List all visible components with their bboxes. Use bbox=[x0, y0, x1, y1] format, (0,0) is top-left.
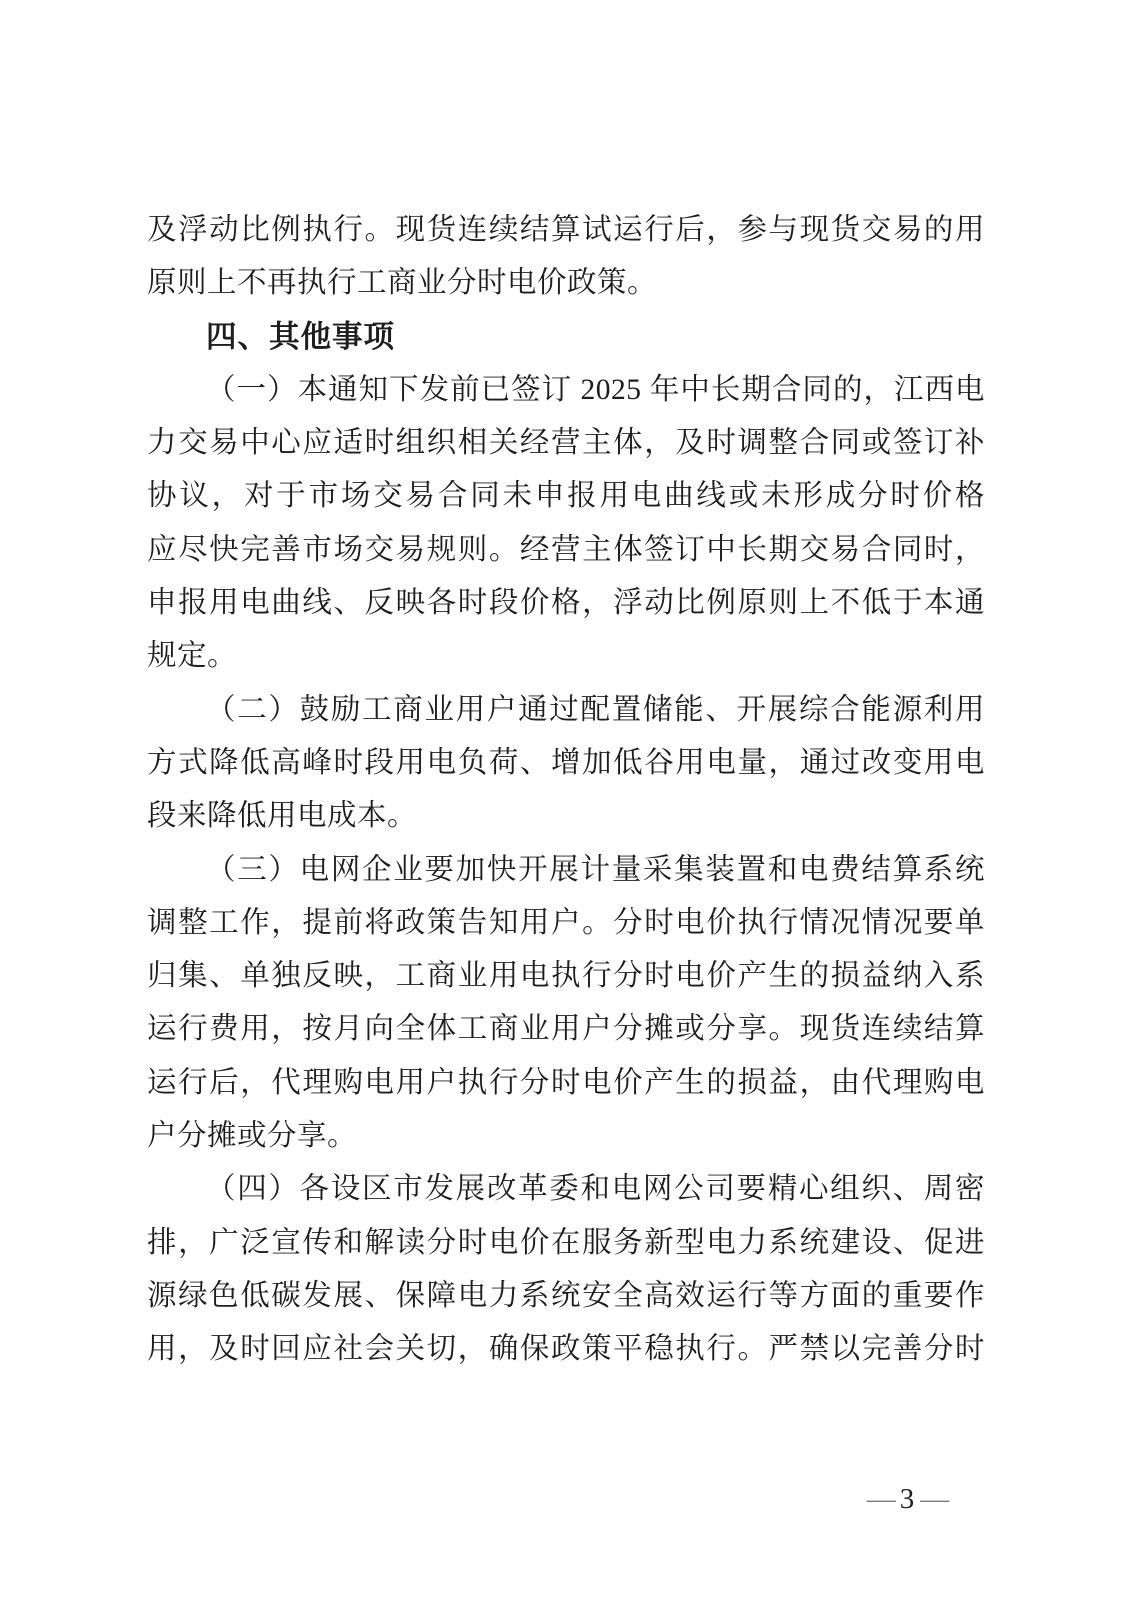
section-heading: 四、其他事项 bbox=[147, 311, 985, 364]
document-page: 及浮动比例执行。现货连续结算试运行后，参与现货交易的用户原则上不再执行工商业分时… bbox=[0, 0, 1131, 1600]
page-number-dash-left: — bbox=[861, 1483, 900, 1515]
text-line: 调整工作，提前将政策告知用户。分时电价执行情况情况要单独 bbox=[147, 897, 985, 950]
text-line: （一）本通知下发前已签订 2025 年中长期合同的，江西电 bbox=[147, 364, 985, 417]
page-number: —3— bbox=[842, 1483, 972, 1516]
text-line: 运行后，代理购电用户执行分时电价产生的损益，由代理购电用 bbox=[147, 1057, 985, 1110]
text-line: （三）电网企业要加快开展计量采集装置和电费结算系统的 bbox=[147, 844, 985, 897]
text-line: 力交易中心应适时组织相关经营主体，及时调整合同或签订补充 bbox=[147, 417, 985, 470]
text-line: 及浮动比例执行。现货连续结算试运行后，参与现货交易的用户 bbox=[147, 204, 985, 257]
text-line: 排，广泛宣传和解读分时电价在服务新型电力系统建设、促进能 bbox=[147, 1217, 985, 1270]
text-line: 源绿色低碳发展、保障电力系统安全高效运行等方面的重要作 bbox=[147, 1270, 985, 1323]
text-line: 户分摊或分享。 bbox=[147, 1110, 985, 1163]
page-number-dash-right: — bbox=[914, 1483, 953, 1515]
text-line: 用，及时回应社会关切，确保政策平稳执行。严禁以完善分时电 bbox=[147, 1323, 985, 1376]
text-line: 段来降低用电成本。 bbox=[147, 790, 985, 843]
text-line: 规定。 bbox=[147, 630, 985, 683]
text-line: （二）鼓励工商业用户通过配置储能、开展综合能源利用等 bbox=[147, 684, 985, 737]
text-line: 方式降低高峰时段用电负荷、增加低谷用电量，通过改变用电时 bbox=[147, 737, 985, 790]
text-line: 协议，对于市场交易合同未申报用电曲线或未形成分时价格的， bbox=[147, 470, 985, 523]
text-line: 申报用电曲线、反映各时段价格，浮动比例原则上不低于本通知 bbox=[147, 577, 985, 630]
text-line: 归集、单独反映，工商业用电执行分时电价产生的损益纳入系统 bbox=[147, 950, 985, 1003]
page-number-value: 3 bbox=[900, 1483, 915, 1515]
text-line: 原则上不再执行工商业分时电价政策。 bbox=[147, 257, 985, 310]
text-line: 应尽快完善市场交易规则。经营主体签订中长期交易合同时，应 bbox=[147, 524, 985, 577]
document-body: 及浮动比例执行。现货连续结算试运行后，参与现货交易的用户原则上不再执行工商业分时… bbox=[147, 204, 985, 1377]
text-line: 运行费用，按月向全体工商业用户分摊或分享。现货连续结算试 bbox=[147, 1003, 985, 1056]
text-line: （四）各设区市发展改革委和电网公司要精心组织、周密安 bbox=[147, 1163, 985, 1216]
